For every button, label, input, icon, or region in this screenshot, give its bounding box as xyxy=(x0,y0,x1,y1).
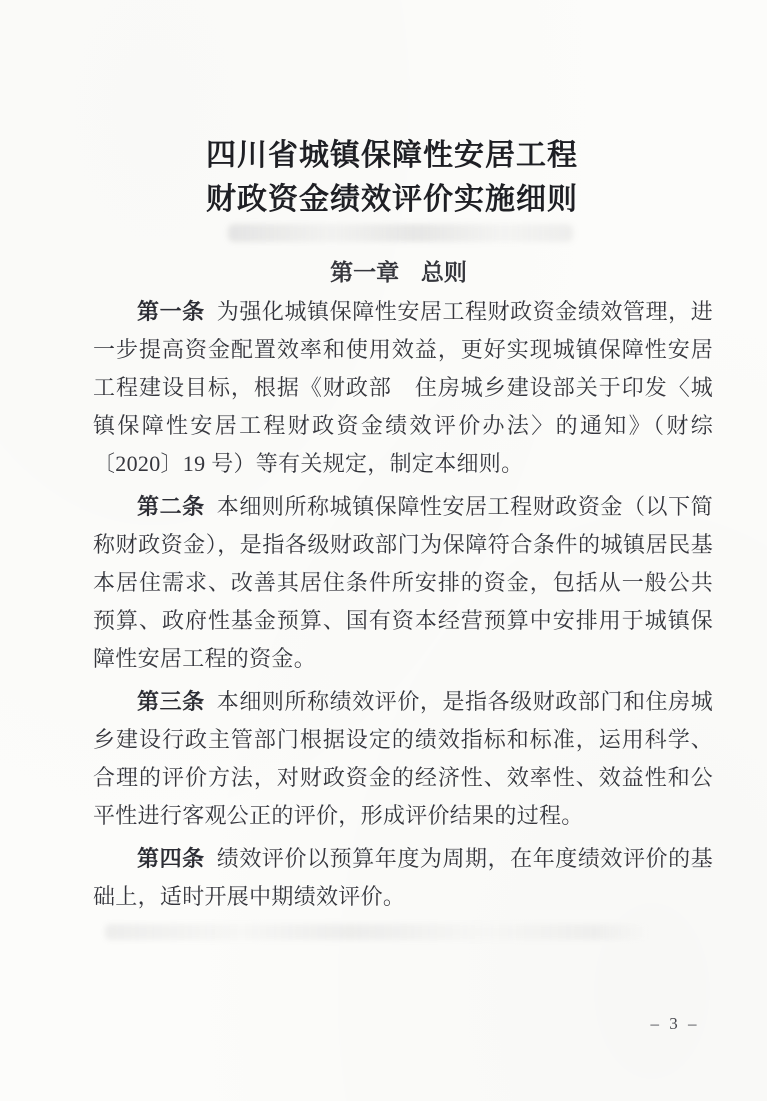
article-4-label: 第四条 xyxy=(137,846,205,871)
chapter-title: 总则 xyxy=(421,259,467,285)
article-paragraph-2: 第二条本细则所称城镇保障性安居工程财政资金（以下简称财政资金），是指各级财政部门… xyxy=(93,488,713,678)
document-title-line-1: 四川省城镇保障性安居工程 xyxy=(17,134,767,178)
chapter-number: 第一章 xyxy=(330,259,399,285)
document-title-line-2: 财政资金绩效评价实施细则 xyxy=(17,178,767,222)
article-paragraph-1: 第一条为强化城镇保障性安居工程财政资金绩效管理，进一步提高资金配置效率和使用效益… xyxy=(93,293,713,483)
document-title: 四川省城镇保障性安居工程 财政资金绩效评价实施细则 xyxy=(17,134,767,222)
article-paragraph-3: 第三条本细则所称绩效评价，是指各级财政部门和住房城乡建设行政主管部门根据设定的绩… xyxy=(93,683,713,835)
article-1-label: 第一条 xyxy=(137,299,205,324)
scan-bleed-artifact-bottom xyxy=(105,924,650,940)
article-2-label: 第二条 xyxy=(137,494,205,519)
article-1-text: 为强化城镇保障性安居工程财政资金绩效管理，进一步提高资金配置效率和使用效益，更好… xyxy=(93,299,713,476)
article-3-label: 第三条 xyxy=(137,689,205,714)
scanned-document-page: 四川省城镇保障性安居工程 财政资金绩效评价实施细则 第一章总则 第一条为强化城镇… xyxy=(0,0,767,1101)
page-number: – 3 – xyxy=(630,1014,720,1034)
scan-bleed-artifact xyxy=(228,224,573,242)
document-body: 第一条为强化城镇保障性安居工程财政资金绩效管理，进一步提高资金配置效率和使用效益… xyxy=(93,293,713,921)
article-paragraph-4: 第四条绩效评价以预算年度为周期，在年度绩效评价的基础上，适时开展中期绩效评价。 xyxy=(93,840,713,916)
chapter-heading: 第一章总则 xyxy=(30,258,767,286)
article-2-text: 本细则所称城镇保障性安居工程财政资金（以下简称财政资金），是指各级财政部门为保障… xyxy=(93,494,713,671)
